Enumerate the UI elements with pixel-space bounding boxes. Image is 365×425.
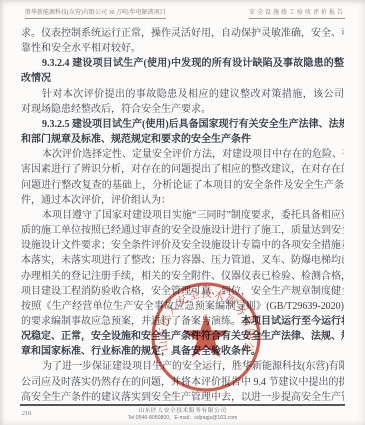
footer-contact: Tel:0546-8050800，E-mail：sdjraqjs@163.com: [20, 415, 345, 422]
text-line: 本落实，未落实项进行了整改；压力容器、压力管道、叉车、防爆电梯均已: [21, 253, 344, 268]
text-line: 问题进行整改复查的基础上，分析论证了本项目的安全条件及安全生产条: [21, 178, 344, 193]
text-line: 章和国家标准、行业标准的规定，具备安全验收条件。: [21, 344, 344, 359]
page-footer: 210 山东匠人安全技术服务有限公司 Tel:0546-8050800，E-ma…: [20, 404, 345, 422]
text-line: 改情况: [21, 71, 344, 86]
bold-text-run: 况稳定、正常，安全设施和安全生产条件符合有关安全生产法律、法规、规: [21, 331, 344, 342]
text-run: 靠性和安全水平相对较好。: [21, 43, 141, 54]
document-page: 胜华新能源科技(东营)有限公司 30 万吨/年电解液项目 安全设施竣工验收评价报…: [0, 0, 365, 425]
text-line: 和部门规章及标准、规范规定和要求的安全生产条件: [21, 132, 344, 147]
text-line: 的要求编制事故应急预案，并进行了备案与演练。本项目试运行至今运行状: [21, 314, 344, 329]
text-run: 办理相关的登记注册手续，相关的安全附件、仪器仪表已检验、检测合格，: [21, 271, 344, 282]
text-line: 9.3.2.4 建设项目试生产(使用)中发现的所有设计缺陷及事故隐患的整: [21, 56, 344, 71]
text-run: 针对本次评价提出的事故隐患及相应的建议整改对策措施，该公司: [42, 89, 344, 100]
text-line: 公司应及时落实仍然存在的问题，并将本评价报告中 9.4 节建议中提出的提: [21, 375, 344, 390]
text-line: 况稳定、正常，安全设施和安全生产条件符合有关安全生产法律、法规、规: [21, 329, 344, 344]
text-run: 问题进行整改复查的基础上，分析论证了本项目的安全条件及安全生产条: [21, 180, 344, 191]
text-run: 本次评价选择定性、定量安全评价方法，对建设项目中存在的危险、有: [42, 149, 344, 160]
bold-text-run: 章和国家标准、行业标准的规定，具备安全验收条件。: [21, 346, 261, 357]
bold-text-run: 和部门规章及标准、规范规定和要求的安全生产条件: [21, 134, 251, 145]
text-run: 求。仪表控制系统运行正常，操作灵活好用，自动保护灵敏准确，安全、可: [21, 28, 344, 39]
text-line: 求。仪表控制系统运行正常，操作灵活好用，自动保护灵敏准确，安全、可: [21, 26, 344, 41]
page-header: 胜华新能源科技(东营)有限公司 30 万吨/年电解液项目 安全设施竣工验收评价报…: [25, 9, 345, 19]
text-line: 针对本次评价提出的事故隐患及相应的建议整改对策措施，该公司: [21, 87, 344, 102]
text-run: 公司应及时落实仍然存在的问题，并将本评价报告中 9.4 节建议中提出的提: [21, 377, 344, 388]
text-line: 按照《生产经营单位生产安全事故应急预案编制导则》(GB/T29639-2020): [21, 299, 344, 314]
text-line: 办理相关的登记注册手续，相关的安全附件、仪器仪表已检验、检测合格，: [21, 269, 344, 284]
text-line: 件，通过本次评价，评价组认为：: [21, 193, 344, 208]
text-line: 本项目遵守了国家对建设项目实施“三同时”制度要求，委托具备相应资: [21, 208, 344, 223]
text-run: 按照《生产经营单位生产安全事故应急预案编制导则》(GB/T29639-2020): [21, 301, 344, 312]
bold-text-run: 9.3.2.4 建设项目试生产(使用)中发现的所有设计缺陷及事故隐患的整: [42, 58, 344, 69]
text-line: 靠性和安全水平相对较好。: [21, 41, 344, 56]
text-line: 质的施工单位按照已经通过审查的安全设施设计进行了施工，质量达到安全: [21, 223, 344, 238]
text-line: 本次评价选择定性、定量安全评价方法，对建设项目中存在的危险、有: [21, 147, 344, 162]
text-run: 的要求编制事故应急预案，并进行了备案与演练。: [21, 316, 241, 327]
header-project-title: 胜华新能源科技(东营)有限公司 30 万吨/年电解液项目: [25, 9, 166, 19]
text-run: 高安全生产条件的建议落实到安全生产管理中去，以进一步提高安全生产管: [21, 392, 344, 403]
text-run: 本落实，未落实项进行了整改；压力容器、压力管道、叉车、防爆电梯均已: [21, 255, 344, 266]
text-line: 对现场隐患经整改后，符合安全生产要求。: [21, 102, 344, 117]
text-line: 为了进一步保证建设项目生产的安全运行，胜华新能源科技(东营)有限: [21, 359, 344, 374]
text-run: 对现场隐患经整改后，符合安全生产要求。: [21, 104, 211, 115]
text-run: 本项目遵守了国家对建设项目实施“三同时”制度要求，委托具备相应资: [42, 210, 344, 221]
bold-text-run: 9.3.2.5 建设项目试生产(使用)后具备国家现行有关安全生产法律、法规: [42, 119, 344, 130]
page-number: 210: [22, 411, 31, 417]
text-run: 设施设计文件要求；安全条件评价及安全设施设计专篇中的各项安全措施基: [21, 240, 344, 251]
header-report-title: 安全设施竣工验收评价报告: [249, 9, 345, 19]
text-line: 害因素进行了辨识分析，对存在的问题提出了相应的整改建议，在对存在的: [21, 162, 344, 177]
text-run: 质的施工单位按照已经通过审查的安全设施设计进行了施工，质量达到安全: [21, 225, 344, 236]
text-line: 9.3.2.5 建设项目试生产(使用)后具备国家现行有关安全生产法律、法规: [21, 117, 344, 132]
text-line: 设施设计文件要求；安全条件评价及安全设施设计专篇中的各项安全措施基: [21, 238, 344, 253]
bold-text-run: 本项目试运行至今运行状: [241, 316, 344, 327]
bold-text-run: 改情况: [21, 73, 51, 84]
text-run: 项目建设工程消防验收合格，安全管理可靠、到位，安全生产规章制度健全，: [21, 286, 344, 297]
text-line: 高安全生产条件的建议落实到安全生产管理中去，以进一步提高安全生产管: [21, 390, 344, 405]
text-run: 件，通过本次评价，评价组认为：: [21, 195, 171, 206]
text-run: 害因素进行了辨识分析，对存在的问题提出了相应的整改建议，在对存在的: [21, 164, 344, 175]
text-line: 项目建设工程消防验收合格，安全管理可靠、到位，安全生产规章制度健全，: [21, 284, 344, 299]
document-body: 求。仪表控制系统运行正常，操作灵活好用，自动保护灵敏准确，安全、可靠性和安全水平…: [21, 26, 344, 405]
footer-company: 山东匠人安全技术服务有限公司: [20, 408, 345, 415]
text-run: 为了进一步保证建设项目生产的安全运行，胜华新能源科技(东营)有限: [42, 361, 344, 372]
